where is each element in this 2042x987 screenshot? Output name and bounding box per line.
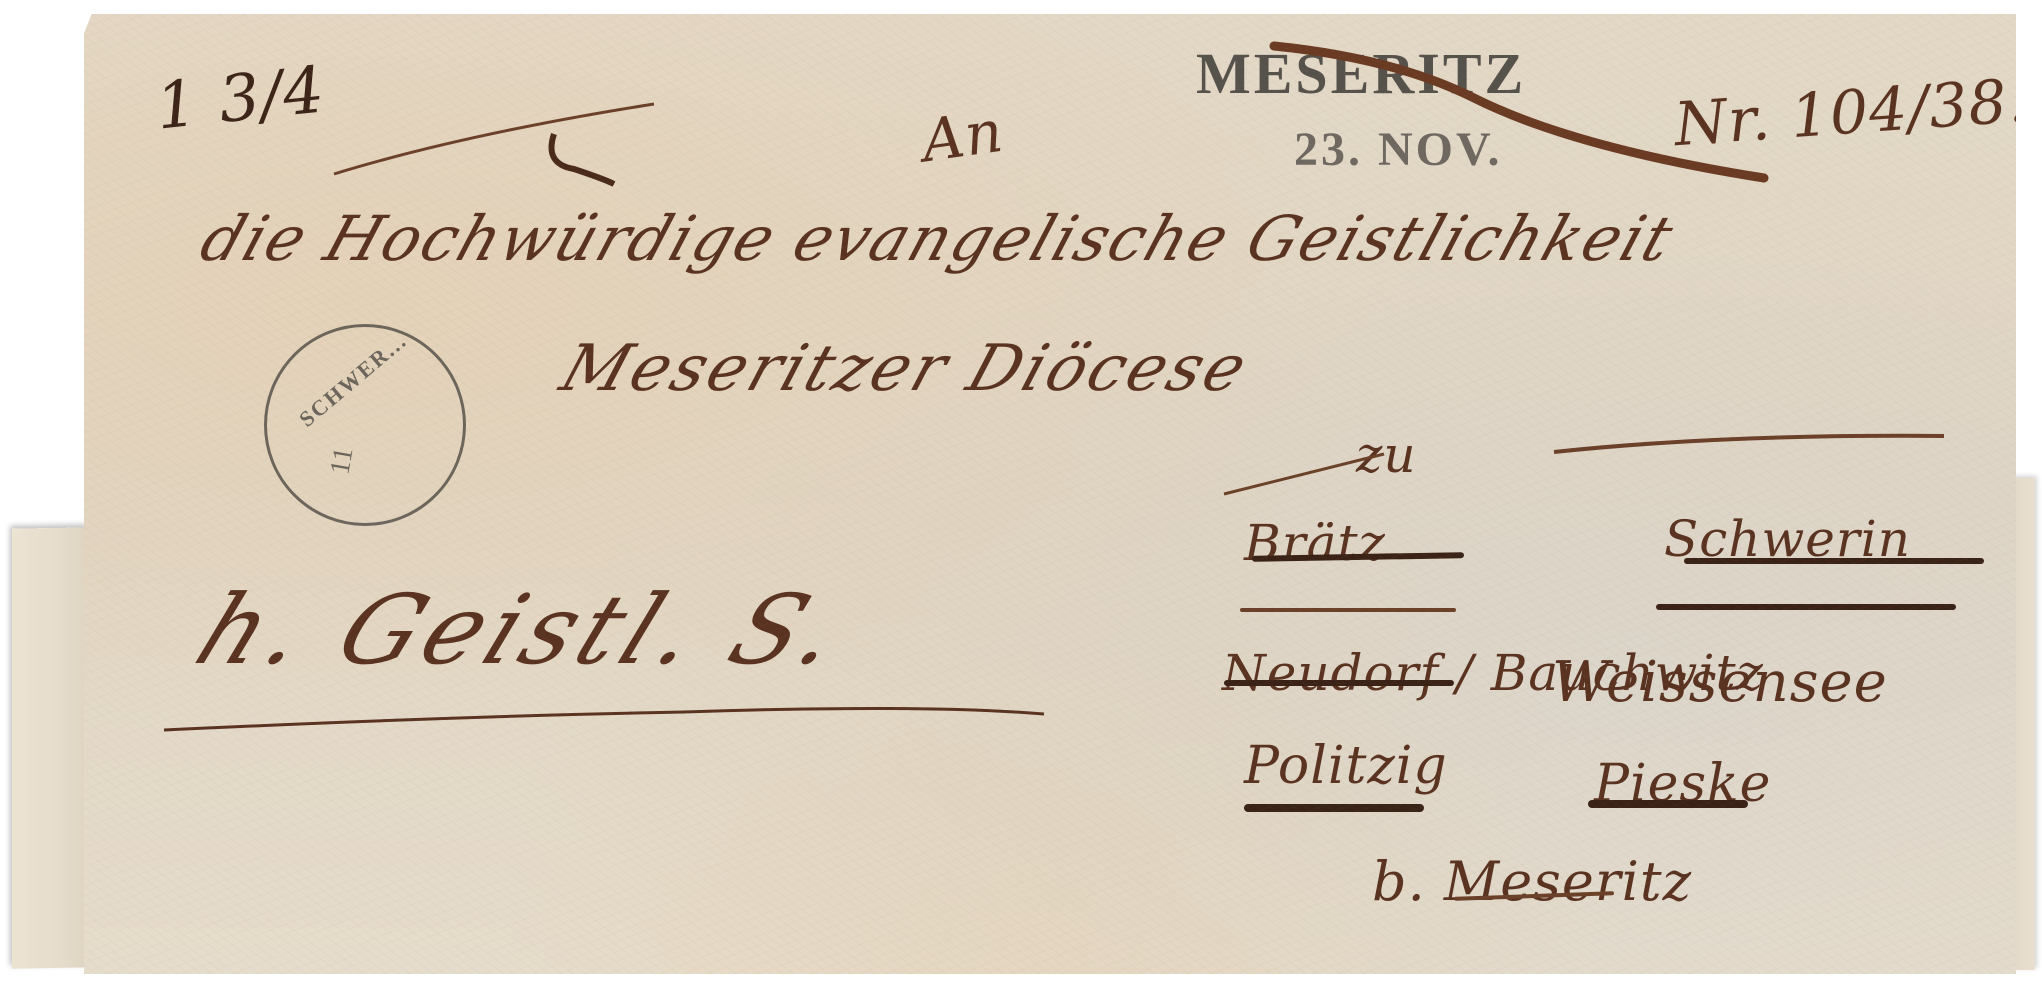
routing-place: b. Meseritz [1372,850,1692,913]
underline [1656,604,1956,610]
routing-place: Brätz [1244,514,1386,572]
routing-place: Politzig [1244,736,1448,796]
endorsement-underline [164,694,1064,754]
strike-line [1224,680,1454,686]
strike-line [1588,800,1748,808]
cds-number: 11 [324,445,360,477]
letter-sheet: 1 3/4 MESERITZ 23. NOV. Nr. 104/38. An d… [84,14,2016,974]
rate-mark: 1 3/4 [153,53,329,144]
endorsement: h. Geistl. S. [181,574,864,686]
folded-flap-left [12,527,92,968]
strike-line [1684,558,1984,564]
underline [1240,608,1456,612]
strike-line [1244,804,1424,812]
routing-place: Weissensee [1552,650,1888,715]
circular-datestamp: SCHWER... 11 [264,324,466,526]
salutation: An [918,97,1008,176]
rate-flourish [314,84,674,194]
address-line-1: die Hochwürdige evangelische Geistlichke… [192,202,1684,275]
address-line-2: Meseritzer Diöcese [552,332,1258,406]
cds-town: SCHWER... [294,328,412,433]
